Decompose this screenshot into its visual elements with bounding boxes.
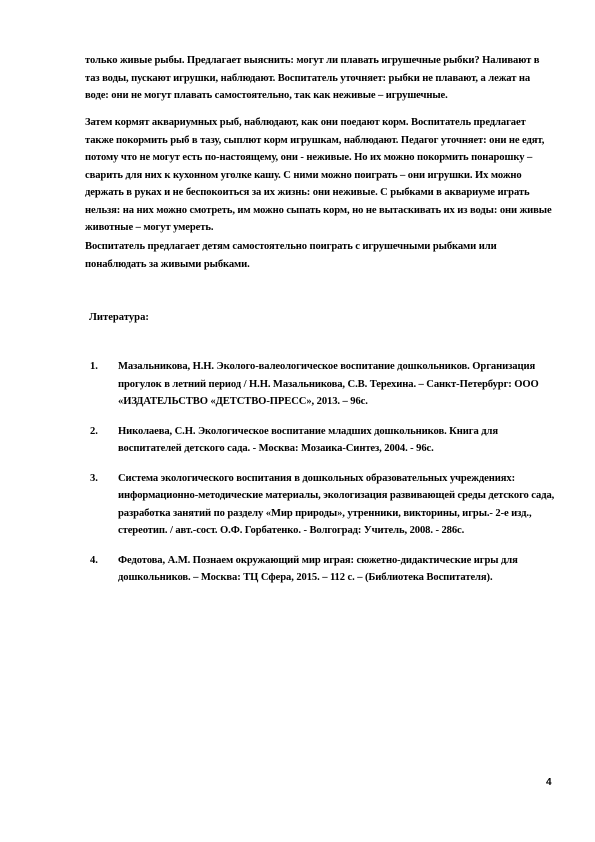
reference-number: 3. xyxy=(90,470,98,488)
literature-heading: Литература: xyxy=(89,312,149,323)
document-page: только живые рыбы. Предлагает выяснить: … xyxy=(0,0,595,842)
reference-number: 1. xyxy=(90,358,98,376)
reference-text: Система экологического воспитания в дошк… xyxy=(118,473,554,537)
reference-item: 3. Система экологического воспитания в д… xyxy=(90,470,560,540)
reference-item: 1. Мазальникова, Н.Н. Эколого-валеологич… xyxy=(90,358,560,411)
reference-list: 1. Мазальникова, Н.Н. Эколого-валеологич… xyxy=(90,358,560,587)
reference-item: 2. Николаева, С.Н. Экологическое воспита… xyxy=(90,423,560,458)
body-paragraph: только живые рыбы. Предлагает выяснить: … xyxy=(85,52,555,105)
body-paragraph: Затем кормят аквариумных рыб, наблюдают,… xyxy=(85,114,555,237)
reference-text: Мазальникова, Н.Н. Эколого-валеологическ… xyxy=(118,361,539,407)
page-number: 4 xyxy=(546,777,552,788)
body-paragraph: Воспитатель предлагает детям самостоятел… xyxy=(85,238,555,273)
reference-text: Федотова, А.М. Познаем окружающий мир иг… xyxy=(118,555,518,584)
reference-text: Николаева, С.Н. Экологическое воспитание… xyxy=(118,426,498,455)
reference-item: 4. Федотова, А.М. Познаем окружающий мир… xyxy=(90,552,560,587)
reference-number: 2. xyxy=(90,423,98,441)
reference-number: 4. xyxy=(90,552,98,570)
